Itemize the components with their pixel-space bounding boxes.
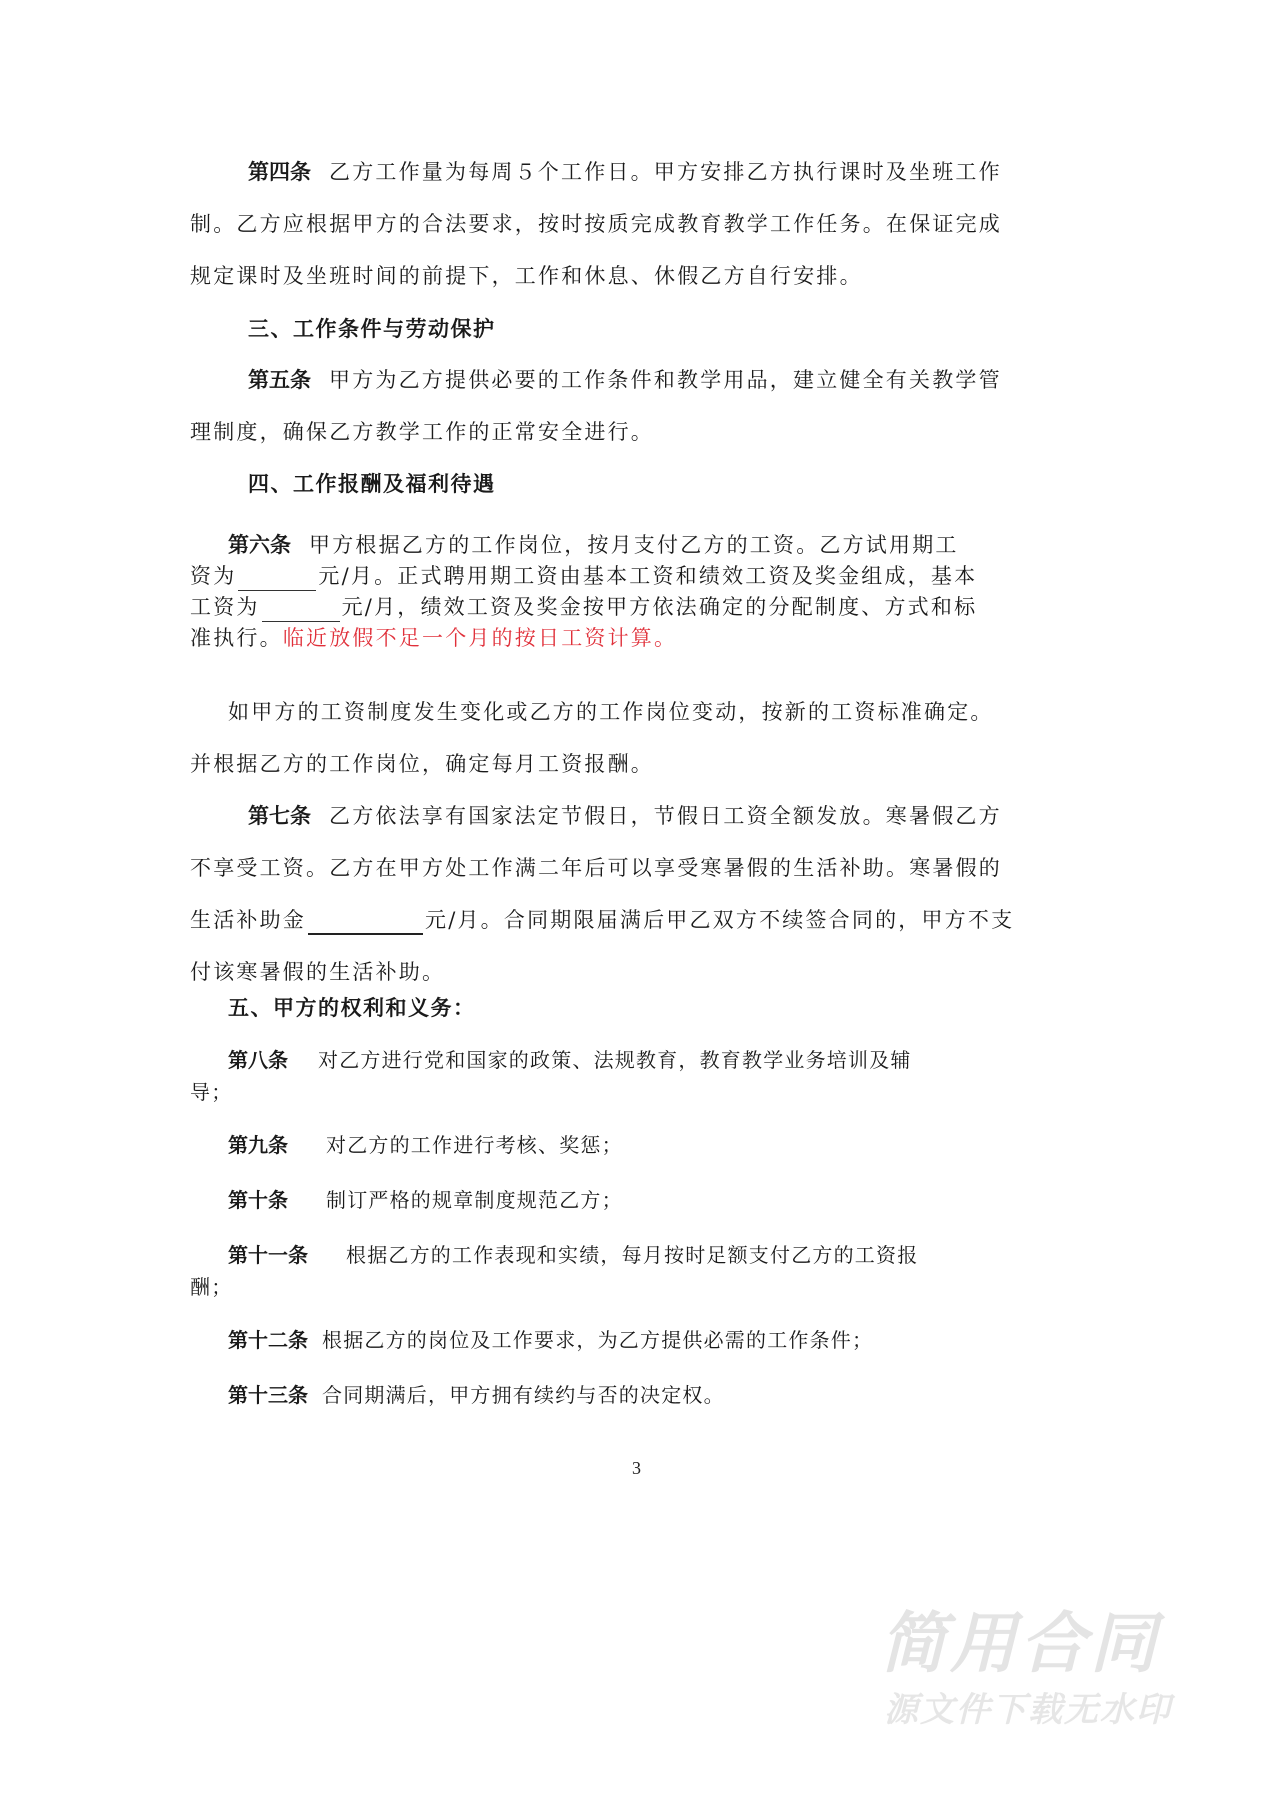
article-8-number: 第八条	[228, 1048, 288, 1072]
article-12-line-1: 第十二条根据乙方的岗位及工作要求，为乙方提供必需的工作条件；	[228, 1325, 1128, 1355]
article-7-line-2: 不享受工资。乙方在甲方处工作满二年后可以享受寒暑假的生活补助。寒暑假的	[190, 853, 1090, 883]
article-4-line-3: 规定课时及坐班时间的前提下，工作和休息、休假乙方自行安排。	[190, 261, 1090, 291]
section-4-heading: 四、工作报酬及福利待遇	[248, 469, 1148, 499]
article-6-line-1: 第六条甲方根据乙方的工作岗位，按月支付乙方的工资。乙方试用期工	[228, 530, 1128, 560]
article-9-line-1: 第九条对乙方的工作进行考核、奖惩；	[228, 1130, 1128, 1160]
article-4-text-1: 乙方工作量为每周５个工作日。甲方安排乙方执行课时及坐班工作	[329, 160, 1002, 184]
article-6-text-3b: 元/月，绩效工资及奖金按甲方依法确定的分配制度、方式和标	[342, 595, 978, 619]
article-6-text-2b: 元/月。正式聘用期工资由基本工资和绩效工资及奖金组成，基本	[318, 564, 977, 588]
article-4-line-2: 制。乙方应根据甲方的合法要求，按时按质完成教育教学工作任务。在保证完成	[190, 209, 1090, 239]
watermark-title: 简用合同	[880, 1590, 1160, 1685]
article-5-line-1: 第五条甲方为乙方提供必要的工作条件和教学用品，建立健全有关教学管	[248, 365, 1148, 395]
article-12-text-1: 根据乙方的岗位及工作要求，为乙方提供必需的工作条件；	[322, 1328, 873, 1352]
article-11-number: 第十一条	[228, 1243, 308, 1267]
watermark-subtitle: 源文件下载无水印	[884, 1682, 1172, 1731]
article-6-line-2: 资为元/月。正式聘用期工资由基本工资和绩效工资及奖金组成，基本	[190, 561, 1090, 591]
article-6-text-4a: 准执行。	[190, 626, 283, 650]
article-6-text-3a: 工资为	[190, 595, 260, 619]
article-5-line-2: 理制度，确保乙方教学工作的正常安全进行。	[190, 417, 1090, 447]
article-7-number: 第七条	[248, 804, 311, 828]
article-11-line-1: 第十一条根据乙方的工作表现和实绩，每月按时足额支付乙方的工资报	[228, 1240, 1128, 1270]
article-9-number: 第九条	[228, 1133, 288, 1157]
article-6-text-1: 甲方根据乙方的工作岗位，按月支付乙方的工资。乙方试用期工	[309, 533, 959, 557]
article-10-text-1: 制订严格的规章制度规范乙方；	[326, 1188, 623, 1212]
probation-salary-blank	[238, 568, 316, 591]
document-page: 第四条乙方工作量为每周５个工作日。甲方安排乙方执行课时及坐班工作 制。乙方应根据…	[0, 0, 1280, 1810]
article-13-text-1: 合同期满后，甲方拥有续约与否的决定权。	[322, 1383, 725, 1407]
article-6-number: 第六条	[228, 533, 291, 557]
article-6-line-4: 准执行。临近放假不足一个月的按日工资计算。	[190, 623, 1090, 653]
article-6-line-3: 工资为元/月，绩效工资及奖金按甲方依法确定的分配制度、方式和标	[190, 592, 1090, 622]
article-4-line-1: 第四条乙方工作量为每周５个工作日。甲方安排乙方执行课时及坐班工作	[248, 157, 1148, 187]
article-8-line-2: 导；	[190, 1077, 1090, 1107]
article-7-text-3b: 元/月。合同期限届满后甲乙双方不续签合同的，甲方不支	[425, 908, 1014, 932]
article-5-number: 第五条	[248, 368, 311, 392]
article-7-line-3: 生活补助金元/月。合同期限届满后甲乙双方不续签合同的，甲方不支	[190, 905, 1090, 935]
article-7-text-1: 乙方依法享有国家法定节假日，节假日工资全额发放。寒暑假乙方	[329, 804, 1002, 828]
page-number: 3	[632, 1458, 641, 1479]
article-7-text-3a: 生活补助金	[190, 908, 306, 932]
section-3-heading: 三、工作条件与劳动保护	[248, 314, 1148, 344]
article-5-text-1: 甲方为乙方提供必要的工作条件和教学用品，建立健全有关教学管	[329, 368, 1002, 392]
article-10-line-1: 第十条制订严格的规章制度规范乙方；	[228, 1185, 1128, 1215]
article-11-line-2: 酬；	[190, 1272, 1090, 1302]
article-9-text-1: 对乙方的工作进行考核、奖惩；	[326, 1133, 623, 1157]
article-7-line-4: 付该寒暑假的生活补助。	[190, 957, 1090, 987]
article-8-line-1: 第八条对乙方进行党和国家的政策、法规教育，教育教学业务培训及辅	[228, 1045, 1128, 1075]
article-13-line-1: 第十三条合同期满后，甲方拥有续约与否的决定权。	[228, 1380, 1128, 1410]
base-salary-blank	[262, 599, 340, 622]
article-8-text-1: 对乙方进行党和国家的政策、法规教育，教育教学业务培训及辅	[318, 1048, 912, 1072]
article-6-text-2a: 资为	[190, 564, 236, 588]
article-4-number: 第四条	[248, 160, 311, 184]
salary-change-line-2: 并根据乙方的工作岗位，确定每月工资报酬。	[190, 749, 1090, 779]
article-7-line-1: 第七条乙方依法享有国家法定节假日，节假日工资全额发放。寒暑假乙方	[248, 801, 1148, 831]
article-13-number: 第十三条	[228, 1383, 308, 1407]
article-6-red-note: 临近放假不足一个月的按日工资计算。	[283, 626, 677, 650]
article-11-text-1: 根据乙方的工作表现和实绩，每月按时足额支付乙方的工资报	[346, 1243, 918, 1267]
section-5-heading: 五、甲方的权利和义务：	[228, 993, 1128, 1023]
article-12-number: 第十二条	[228, 1328, 308, 1352]
vacation-subsidy-blank	[308, 911, 423, 935]
article-10-number: 第十条	[228, 1188, 288, 1212]
salary-change-line-1: 如甲方的工资制度发生变化或乙方的工作岗位变动，按新的工资标准确定。	[228, 697, 1128, 727]
